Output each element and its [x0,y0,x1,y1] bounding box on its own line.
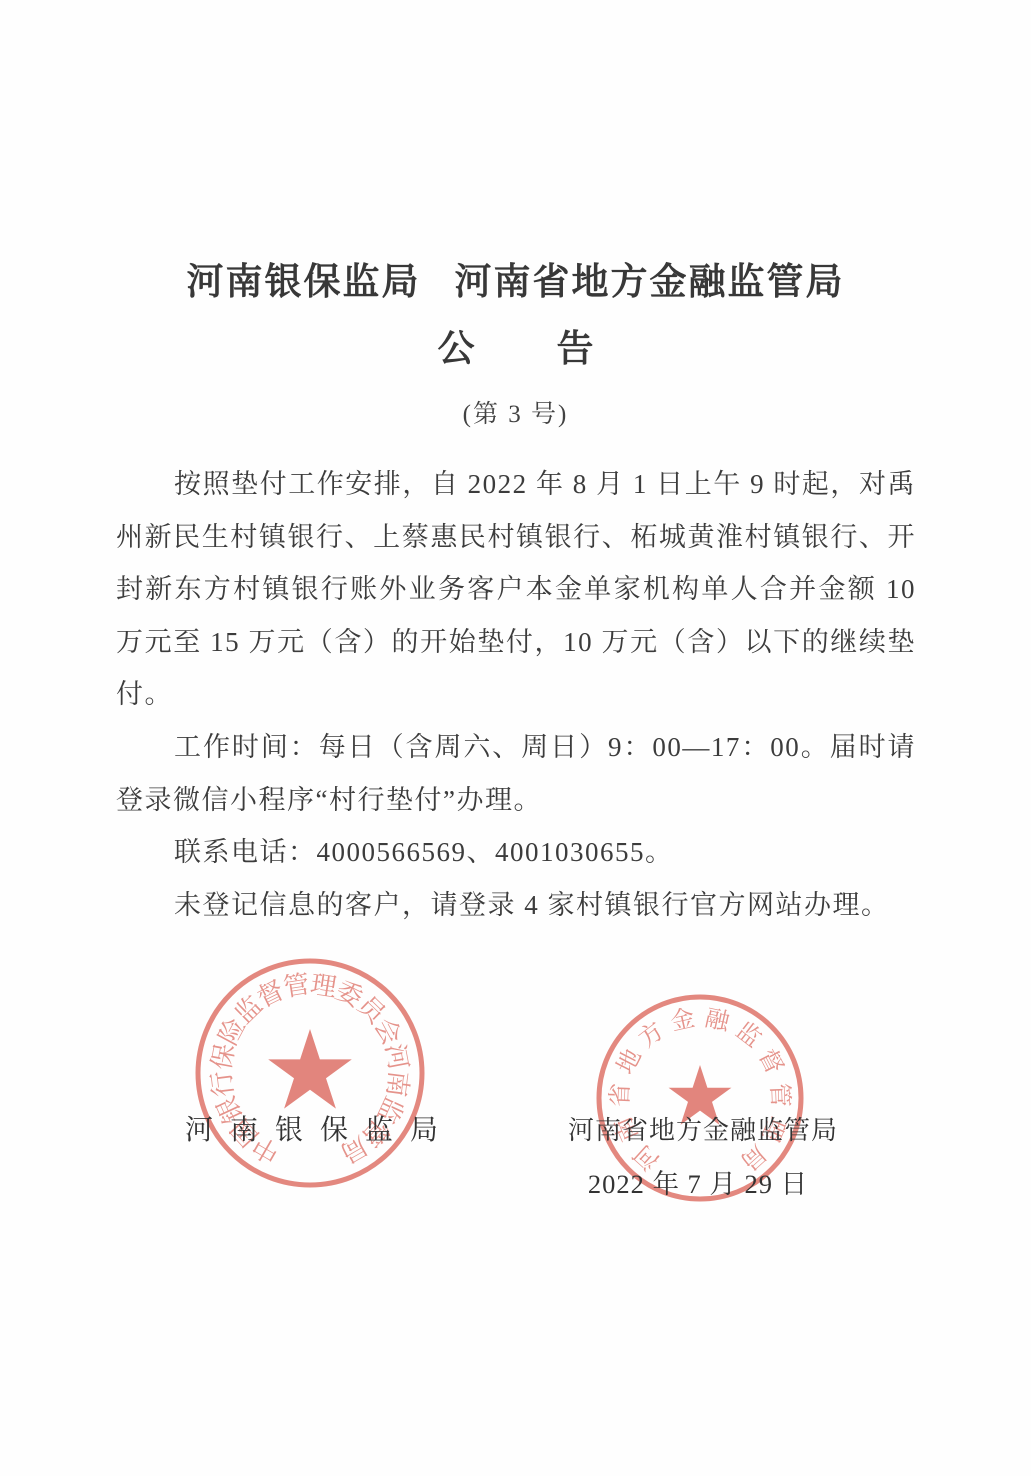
document-title: 河南银保监局 河南省地方金融监管局 [0,251,1031,305]
title-org1: 河南银保监局 [187,251,421,305]
paragraph-contact-phone: 联系电话：4000566569、4001030655。 [116,826,916,879]
svg-text:管: 管 [765,1083,793,1108]
seal-icon: 中国银行保险监督管理委员会河南监管局 [190,953,430,1193]
announcement-char-right: 告 [557,318,594,372]
body-text: 按照垫付工作安排，自 2022 年 8 月 1 日上午 9 时起，对禹州新民生村… [116,458,916,931]
announcement-document: 河南银保监局 河南省地方金融监管局 公 告 (第 3 号) 按照垫付工作安排，自… [0,0,1031,1476]
svg-text:督: 督 [753,1045,788,1079]
title-org2: 河南省地方金融监管局 [455,251,845,305]
svg-text:方: 方 [634,1017,669,1053]
paragraph-working-hours: 工作时间：每日（含周六、周日）9：00—17：00。届时请登录微信小程序“村行垫… [116,721,916,826]
svg-text:行: 行 [207,1069,239,1098]
signature-date: 2022 年 7 月 29 日 [578,1162,818,1201]
signature-left-org: 河 南 银 保 监 局 [185,1108,435,1148]
announcement-heading: 公 告 [0,318,1031,372]
svg-text:河: 河 [380,1041,413,1072]
doc-number: (第 3 号) [0,394,1031,430]
paragraph-unregistered-customers: 未登记信息的客户，请登录 4 家村镇银行官方网站办理。 [116,879,916,932]
svg-text:省: 省 [607,1083,635,1108]
announcement-char-left: 公 [438,318,475,372]
svg-text:地: 地 [612,1045,647,1079]
svg-text:金: 金 [668,1005,697,1037]
paragraph-payment-schedule: 按照垫付工作安排，自 2022 年 8 月 1 日上午 9 时起，对禹州新民生村… [116,458,916,721]
svg-text:管: 管 [281,970,311,1003]
official-seal-cbirc-henan: 中国银行保险监督管理委员会河南监管局 [190,953,430,1193]
svg-text:融: 融 [703,1005,733,1037]
signature-right-org: 河南省地方金融监管局 [568,1110,824,1147]
svg-text:监: 监 [731,1017,766,1053]
